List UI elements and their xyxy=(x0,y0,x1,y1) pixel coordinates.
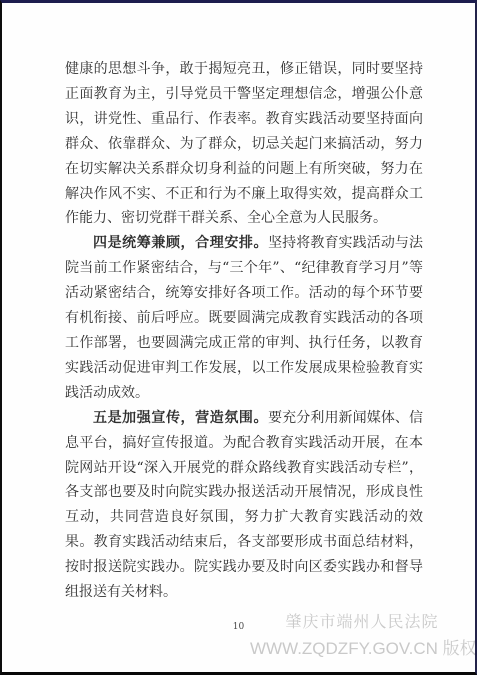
document-page: 健康的思想斗争，敢于揭短亮丑，修正错误，同时要坚持正面教育为主，引导党员干警坚定… xyxy=(0,0,477,675)
paragraph: 健康的思想斗争，敢于揭短亮丑，修正错误，同时要坚持正面教育为主，引导党员干警坚定… xyxy=(65,57,423,231)
paragraph-text: 坚持将教育实践活动与法院当前工作紧密结合，与“三个年”、“纪律教育学习月”等活动… xyxy=(65,235,423,400)
document-body: 健康的思想斗争，敢于揭短亮丑，修正错误，同时要坚持正面教育为主，引导党员干警坚定… xyxy=(65,57,423,605)
paragraph-text: 要充分利用新闻媒体、信息平台，搞好宣传报道。为配合教育实践活动开展，在本院网站开… xyxy=(65,410,423,600)
watermark: 肇庆市端州人民法院 WWW.ZQDZFY.GOV.CN 版权所有 xyxy=(250,610,474,662)
watermark-copyright-url: WWW.ZQDZFY.GOV.CN 版权所有 xyxy=(250,636,474,662)
paragraph-lead: 五是加强宣传，营造氛围。 xyxy=(93,410,268,426)
page-number: 10 xyxy=(2,622,475,632)
paragraph: 五是加强宣传，营造氛围。要充分利用新闻媒体、信息平台，搞好宣传报道。为配合教育实… xyxy=(65,406,423,605)
paragraph-text: 健康的思想斗争，敢于揭短亮丑，修正错误，同时要坚持正面教育为主，引导党员干警坚定… xyxy=(65,61,423,226)
paragraph-lead: 四是统筹兼顾，合理安排。 xyxy=(93,235,268,251)
paragraph: 四是统筹兼顾，合理安排。坚持将教育实践活动与法院当前工作紧密结合，与“三个年”、… xyxy=(65,231,423,405)
